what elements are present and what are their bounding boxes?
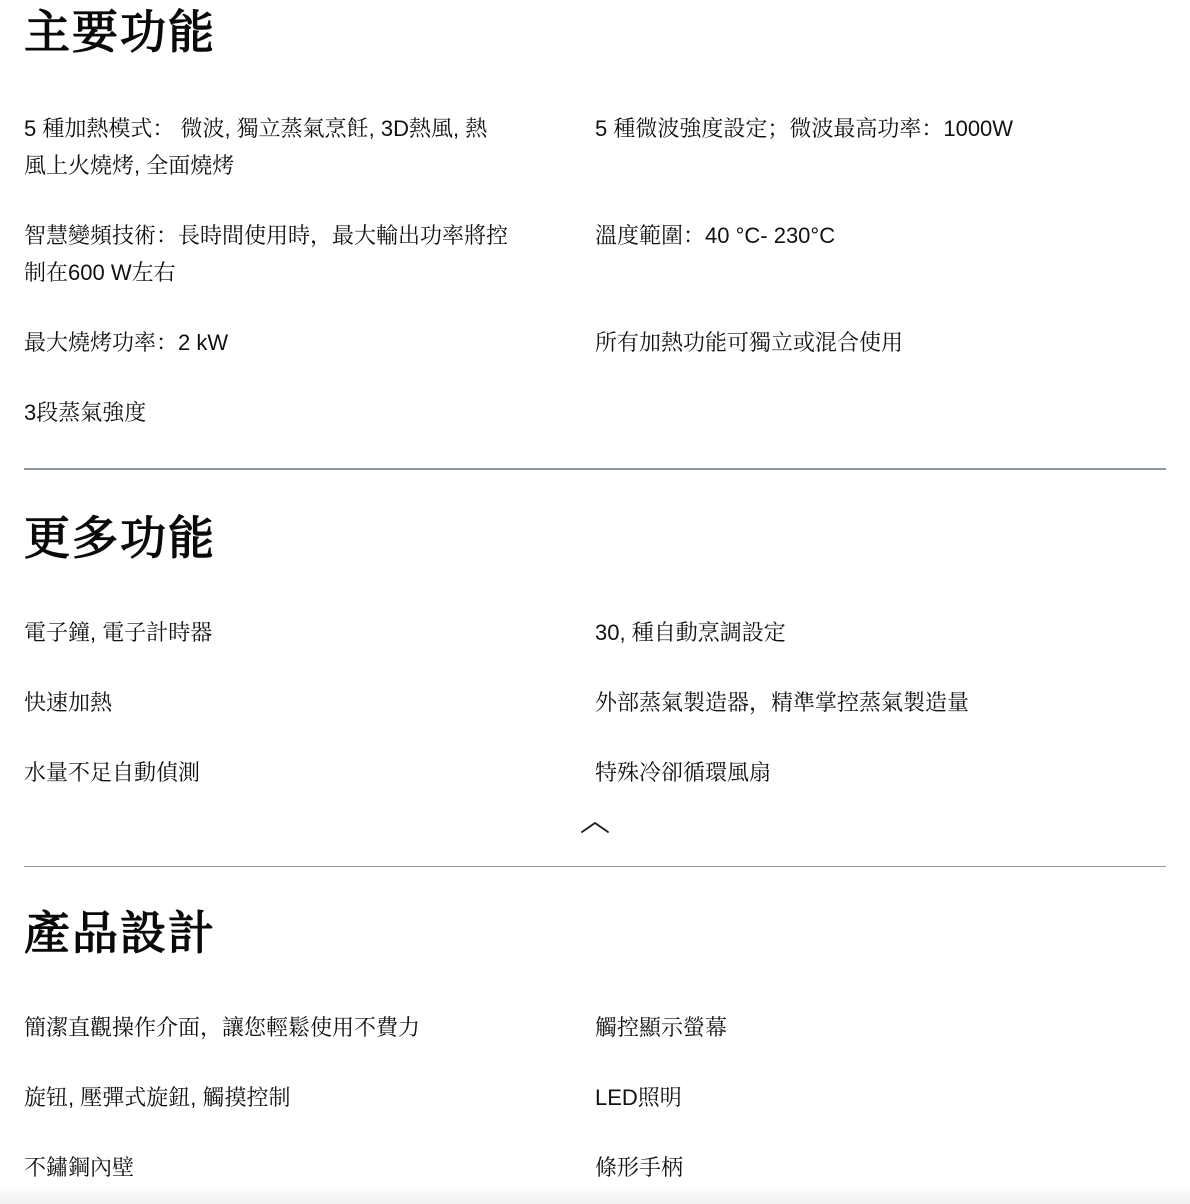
feature-rows: 簡潔直觀操作介面，讓您輕鬆使用不費力 觸控顯示螢幕 旋钮, 壓彈式旋鈕, 觸摸控…: [24, 1009, 1166, 1186]
feature-text: 3段蒸氣強度: [24, 394, 595, 431]
section-more-features: 更多功能 電子鐘, 電子計時器 30, 種自動烹調設定 快速加熱 外部蒸氣製造器…: [24, 510, 1166, 839]
section-divider: [24, 468, 1166, 470]
feature-text: 觸控顯示螢幕: [595, 1009, 1166, 1046]
collapse-section-button[interactable]: [571, 815, 619, 839]
feature-row: 智慧變頻技術：長時間使用時，最大輸出功率將控制在600 W左右 溫度範圍：40 …: [24, 217, 1166, 291]
feature-text: [595, 394, 1166, 431]
page-bottom-shade: [0, 1186, 1190, 1204]
section-main-features: 主要功能 5 種加熱模式： 微波, 獨立蒸氣烹飪, 3D熱風, 熱風上火燒烤, …: [24, 4, 1166, 431]
section-title: 更多功能: [24, 510, 1166, 566]
feature-row: 5 種加熱模式： 微波, 獨立蒸氣烹飪, 3D熱風, 熱風上火燒烤, 全面燒烤 …: [24, 110, 1166, 184]
feature-text: 溫度範圍：40 °C- 230°C: [595, 217, 1166, 291]
section-title: 主要功能: [24, 4, 1166, 60]
feature-text: 最大燒烤功率：2 kW: [24, 324, 595, 361]
feature-text: 智慧變頻技術：長時間使用時，最大輸出功率將控制在600 W左右: [24, 217, 595, 291]
product-specs-page: 主要功能 5 種加熱模式： 微波, 獨立蒸氣烹飪, 3D熱風, 熱風上火燒烤, …: [0, 4, 1190, 1186]
section-product-design: 產品設計 簡潔直觀操作介面，讓您輕鬆使用不費力 觸控顯示螢幕 旋钮, 壓彈式旋鈕…: [24, 905, 1166, 1186]
section-divider: [24, 866, 1166, 868]
chevron-up-icon: [579, 819, 611, 835]
feature-text: 旋钮, 壓彈式旋鈕, 觸摸控制: [24, 1079, 595, 1116]
feature-rows: 電子鐘, 電子計時器 30, 種自動烹調設定 快速加熱 外部蒸氣製造器，精準掌控…: [24, 614, 1166, 791]
feature-text: 5 種加熱模式： 微波, 獨立蒸氣烹飪, 3D熱風, 熱風上火燒烤, 全面燒烤: [24, 110, 595, 184]
feature-row: 水量不足自動偵測 特殊冷卻循環風扇: [24, 754, 1166, 791]
feature-text: 電子鐘, 電子計時器: [24, 614, 595, 651]
feature-text: 水量不足自動偵測: [24, 754, 595, 791]
feature-rows: 5 種加熱模式： 微波, 獨立蒸氣烹飪, 3D熱風, 熱風上火燒烤, 全面燒烤 …: [24, 110, 1166, 431]
feature-row: 旋钮, 壓彈式旋鈕, 觸摸控制 LED照明: [24, 1079, 1166, 1116]
feature-text: LED照明: [595, 1079, 1166, 1116]
collapse-row: [24, 815, 1166, 839]
feature-text: 特殊冷卻循環風扇: [595, 754, 1166, 791]
feature-row: 不鏽鋼內壁 條形手柄: [24, 1149, 1166, 1186]
feature-row: 電子鐘, 電子計時器 30, 種自動烹調設定: [24, 614, 1166, 651]
section-title: 產品設計: [24, 905, 1166, 961]
feature-text: 簡潔直觀操作介面，讓您輕鬆使用不費力: [24, 1009, 595, 1046]
feature-row: 簡潔直觀操作介面，讓您輕鬆使用不費力 觸控顯示螢幕: [24, 1009, 1166, 1046]
feature-text: 不鏽鋼內壁: [24, 1149, 595, 1186]
feature-text: 條形手柄: [595, 1149, 1166, 1186]
feature-row: 快速加熱 外部蒸氣製造器，精準掌控蒸氣製造量: [24, 684, 1166, 721]
feature-text: 外部蒸氣製造器，精準掌控蒸氣製造量: [595, 684, 1166, 721]
feature-row: 3段蒸氣強度: [24, 394, 1166, 431]
feature-row: 最大燒烤功率：2 kW 所有加熱功能可獨立或混合使用: [24, 324, 1166, 361]
feature-text: 30, 種自動烹調設定: [595, 614, 1166, 651]
feature-text: 5 種微波強度設定；微波最高功率：1000W: [595, 110, 1166, 184]
feature-text: 所有加熱功能可獨立或混合使用: [595, 324, 1166, 361]
feature-text: 快速加熱: [24, 684, 595, 721]
